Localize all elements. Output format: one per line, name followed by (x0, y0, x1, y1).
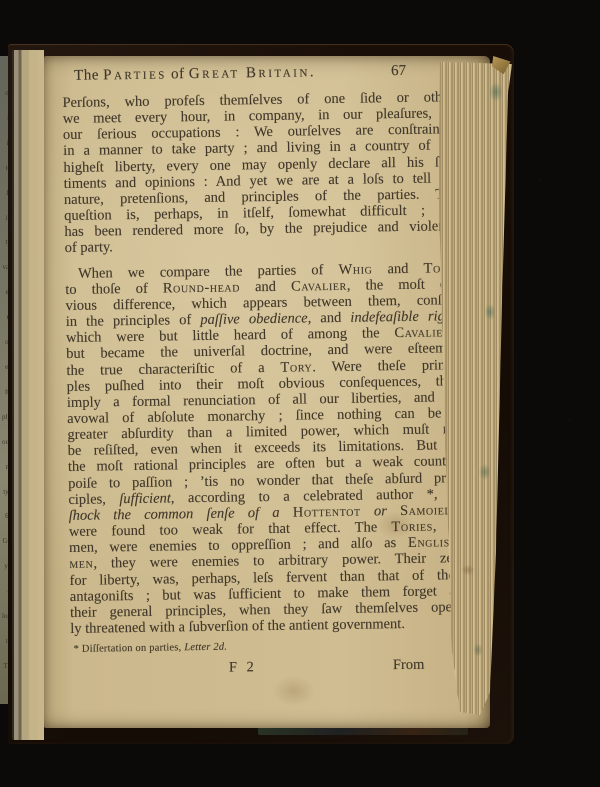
running-header-title: The Parties of Great Britain. (74, 64, 316, 85)
running-header: The Parties of Great Britain. 67 (62, 62, 462, 86)
italic-text: or (361, 503, 401, 520)
small-caps-text: men (69, 556, 93, 572)
text-segment: ciples, (68, 491, 119, 508)
book-gutter (12, 50, 44, 740)
signature-mark: F 2 (229, 659, 257, 676)
text-segment: and (372, 260, 423, 277)
italic-text: paſſive obedience (200, 310, 308, 328)
small-caps-text: Tory (280, 359, 312, 375)
small-caps-text: Great Britain. (189, 64, 316, 82)
text-segment: of party. (65, 240, 113, 257)
text-segment: and (240, 278, 291, 295)
text-body: Perſons, who profeſs themſelves of one ſ… (62, 89, 464, 637)
text-segment: The (74, 67, 103, 83)
italic-text: indefeaſible right (350, 308, 456, 326)
footnote: * Diſſertation on parties, Letter 2d. (71, 638, 471, 655)
small-caps-text: Tories (391, 519, 433, 536)
text-segment: , and (308, 310, 351, 327)
text-segment: in the principles of (66, 312, 201, 330)
book-page: The Parties of Great Britain. 67 Perſons… (44, 56, 490, 728)
small-caps-text: Whig (338, 261, 372, 278)
page-number: 67 (391, 63, 406, 80)
small-caps-text: Cavalier (291, 278, 347, 295)
paragraph: When we compare the parties of Whig and … (65, 260, 464, 637)
text-segment: . Were theſe princi- (312, 357, 460, 375)
small-caps-text: Hottentot (293, 504, 361, 521)
book-photo: oriti-tof-intyvalerrtofesft.plyoutmty-6)… (0, 0, 600, 787)
text-segment: of (167, 66, 189, 82)
paragraph: Perſons, who profeſs themſelves of one ſ… (62, 89, 458, 256)
page-text-block: The Parties of Great Britain. 67 Perſons… (62, 62, 471, 680)
text-segment: to thoſe of (65, 280, 163, 297)
italic-text: Letter 2d. (184, 642, 227, 654)
small-caps-text: Parties (103, 66, 167, 83)
small-caps-text: Round-head (163, 279, 240, 296)
catchword: From (393, 657, 425, 674)
text-segment: * Diſſertation on parties, (74, 642, 185, 655)
italic-text: ſufficient (119, 490, 171, 507)
signature-row: F 2 From (71, 656, 471, 680)
